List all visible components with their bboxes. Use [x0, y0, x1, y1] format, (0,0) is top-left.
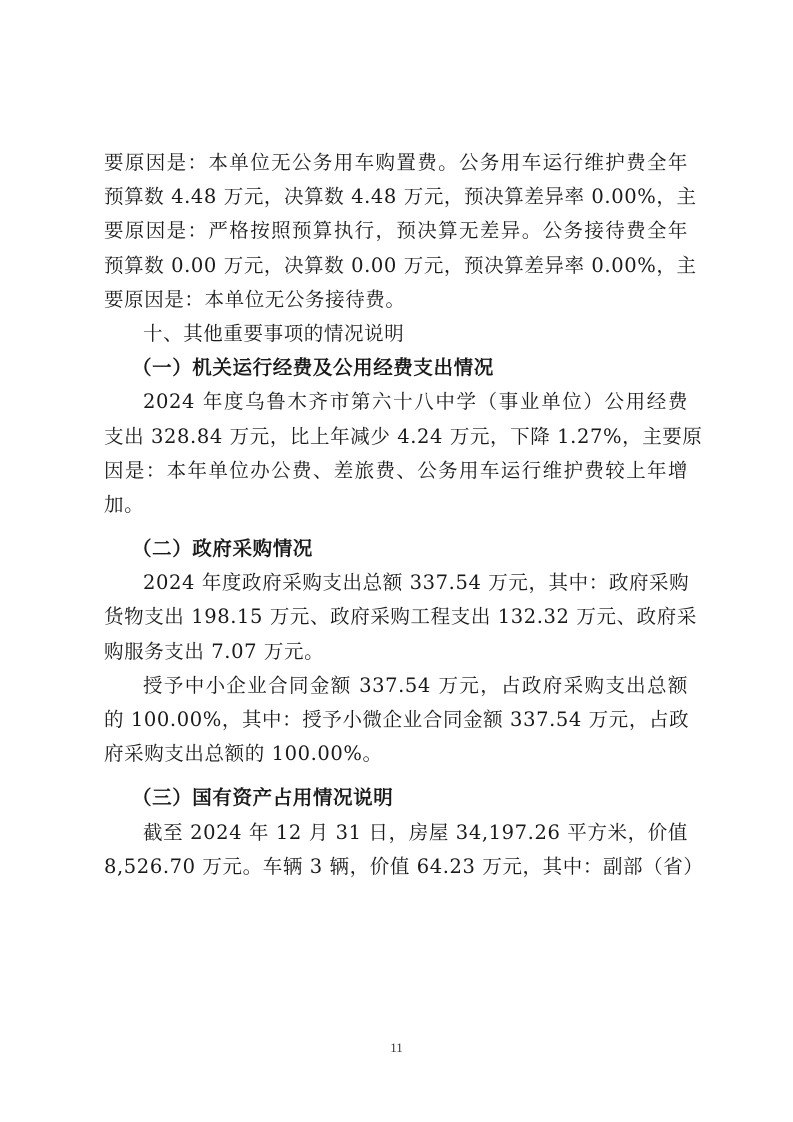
paragraph-line: 授予中小企业合同金额 337.54 万元，占政府采购支出总额 — [104, 669, 688, 703]
paragraph-line: 8,526.70 万元。车辆 3 辆，价值 64.23 万元，其中：副部（省） — [104, 850, 688, 884]
paragraph-line: 加。 — [104, 488, 688, 522]
body-line: 要原因是：本单位无公务用车购置费。公务用车运行维护费全年 — [104, 146, 688, 180]
document-page: 要原因是：本单位无公务用车购置费。公务用车运行维护费全年 预算数 4.48 万元… — [104, 146, 688, 884]
body-line: 预算数 0.00 万元，决算数 0.00 万元，预决算差异率 0.00%，主 — [104, 249, 688, 283]
paragraph-line: 2024 年度乌鲁木齐市第六十八中学（事业单位）公用经费 — [104, 385, 688, 419]
paragraph-line: 2024 年度政府采购支出总额 337.54 万元，其中：政府采购 — [104, 566, 688, 600]
subsection-heading-1: （一）机关运行经费及公用经费支出情况 — [104, 351, 688, 385]
paragraph-line: 因是：本年单位办公费、差旅费、公务用车运行维护费较上年增 — [104, 454, 688, 488]
body-line: 预算数 4.48 万元，决算数 4.48 万元，预决算差异率 0.00%，主 — [104, 180, 688, 214]
paragraph-line: 购服务支出 7.07 万元。 — [104, 635, 688, 669]
paragraph-line: 的 100.00%，其中：授予小微企业合同金额 337.54 万元，占政 — [104, 703, 688, 737]
paragraph-line: 支出 328.84 万元，比上年减少 4.24 万元，下降 1.27%，主要原 — [104, 420, 688, 454]
paragraph-line: 截至 2024 年 12 月 31 日，房屋 34,197.26 平方米，价值 — [104, 816, 688, 850]
body-line: 要原因是：严格按照预算执行，预决算无差异。公务接待费全年 — [104, 214, 688, 248]
paragraph-line: 府采购支出总额的 100.00%。 — [104, 737, 688, 771]
body-line: 要原因是：本单位无公务接待费。 — [104, 283, 688, 317]
section-heading-10: 十、其他重要事项的情况说明 — [104, 317, 688, 351]
subsection-heading-2: （二）政府采购情况 — [104, 532, 688, 566]
page-number: 11 — [0, 1040, 793, 1056]
subsection-heading-3: （三）国有资产占用情况说明 — [104, 781, 688, 815]
paragraph-line: 货物支出 198.15 万元、政府采购工程支出 132.32 万元、政府采 — [104, 600, 688, 634]
